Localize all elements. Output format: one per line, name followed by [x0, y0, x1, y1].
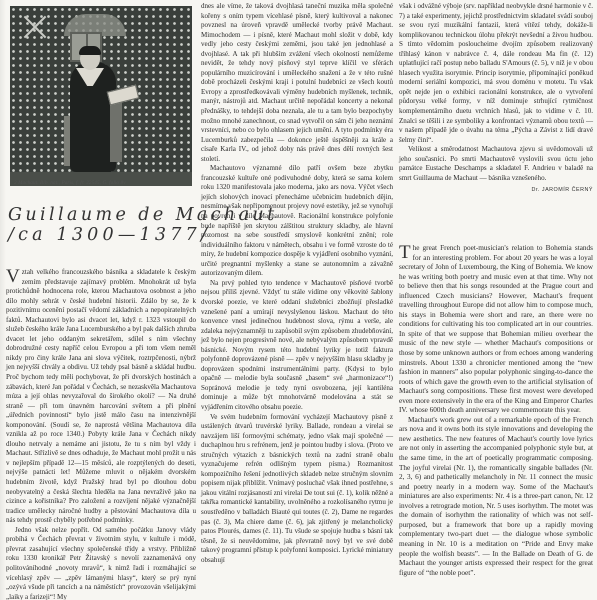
- article-title: Guillaume de Machaut /ca 1300—1377/: [8, 205, 198, 245]
- writing-desk: [110, 102, 122, 162]
- czech-column-right: však i odvážné výboje (srv. například ne…: [399, 2, 593, 196]
- paragraph-text: ztah velkého francouzského básníka a skl…: [6, 268, 196, 524]
- czech-paragraph: Velikost a směrodatnost Machautova zjevu…: [399, 145, 593, 183]
- czech-column-left: Vztah velkého francouzského básníka a sk…: [6, 268, 196, 600]
- english-summary: The great French poet-musician's relatio…: [399, 244, 593, 578]
- paragraph-text: he great French poet-musician's relation…: [399, 244, 593, 414]
- english-paragraph: Machaut's work grew out of a remarkable …: [399, 416, 593, 578]
- english-paragraph: The great French poet-musician's relatio…: [399, 244, 593, 416]
- figure-caption: 2 Machaut. Bib. nat., Paris, f. fr. 2254…: [14, 180, 192, 186]
- title-dates: /ca 1300—1377/: [8, 225, 198, 245]
- figure-hat: [79, 46, 101, 55]
- czech-paragraph: Jedno však nelze popřít. Od samého počát…: [6, 526, 196, 600]
- czech-paragraph: Na prvý pohled tyto tendence v Machautov…: [201, 279, 393, 413]
- machaut-portrait-image: [10, 6, 192, 186]
- czech-paragraph: Machautovo významné dílo patří ovšem bez…: [201, 164, 393, 279]
- czech-column-middle: dnes ale víme, že taková dvojhlasá taneč…: [201, 2, 393, 565]
- czech-paragraph: však i odvážné výboje (srv. například ne…: [399, 2, 593, 145]
- czech-paragraph: Vztah velkého francouzského básníka a sk…: [6, 268, 196, 526]
- drop-cap: T: [399, 245, 411, 260]
- title-name: Guillaume de Machaut: [8, 205, 198, 225]
- liner-notes-page: 2 Machaut. Bib. nat., Paris, f. fr. 2254…: [0, 0, 597, 600]
- cross-ornament-icon: [22, 14, 48, 40]
- author-signature: Dr. JAROMÍR ČERNÝ: [399, 186, 593, 196]
- czech-paragraph: Ve svém hudebním formování vycházejí Mac…: [201, 413, 393, 566]
- czech-paragraph: dnes ale víme, že taková dvojhlasá taneč…: [201, 2, 393, 164]
- drop-cap: V: [6, 269, 20, 284]
